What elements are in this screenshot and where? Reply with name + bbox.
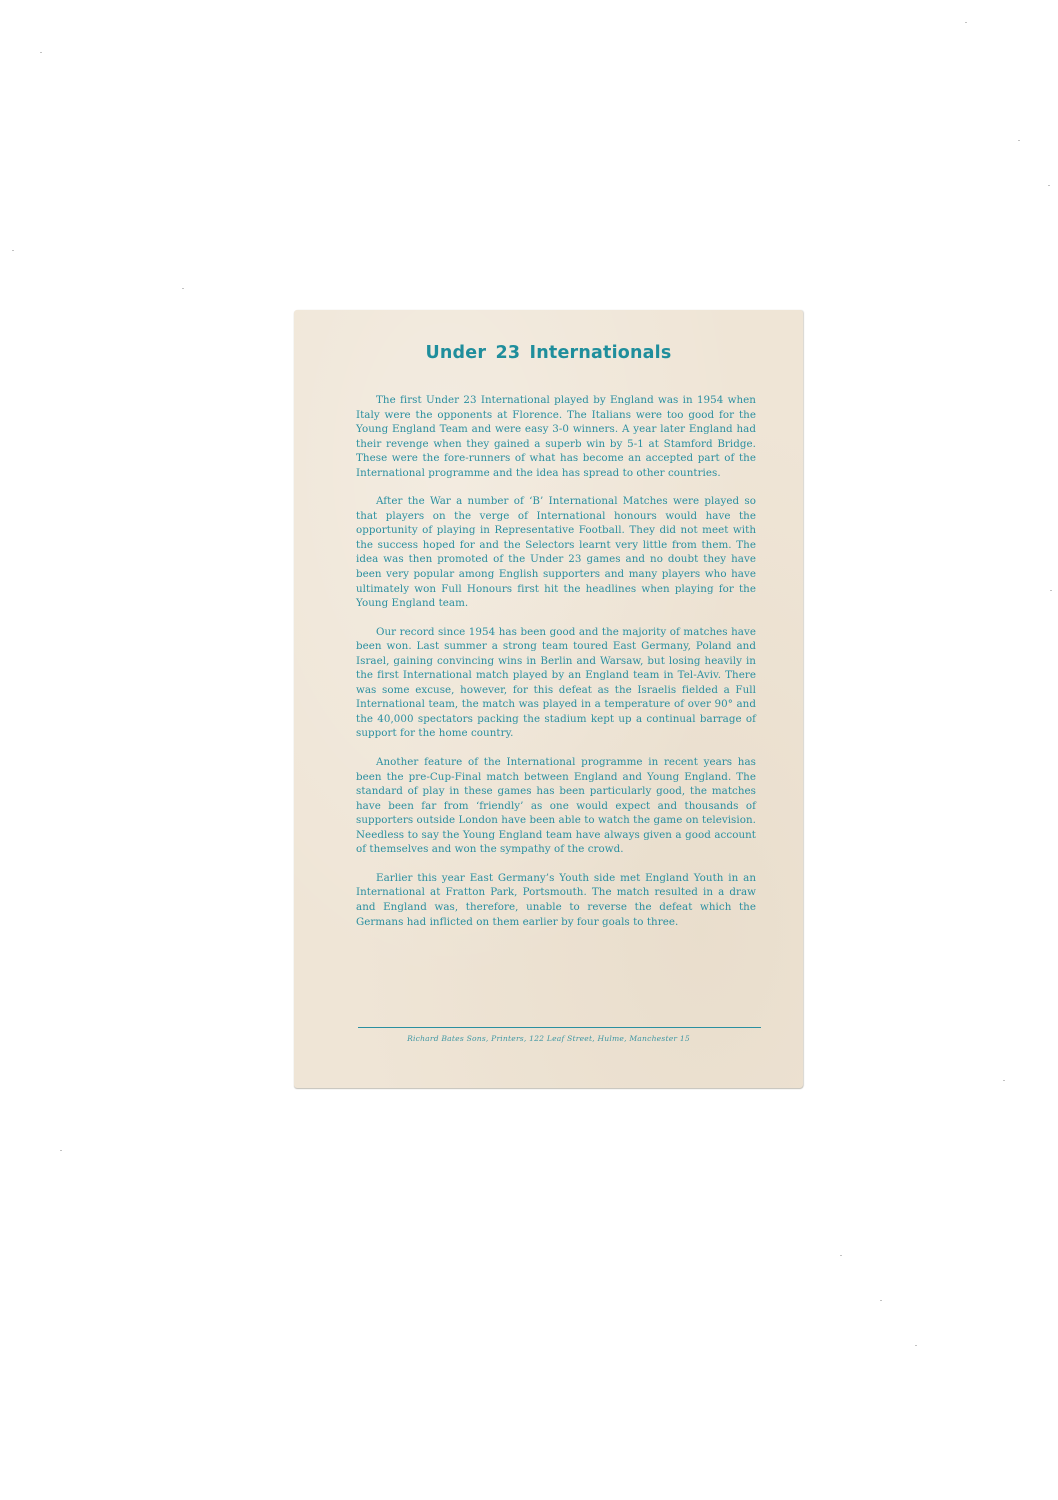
scan-speck (840, 1255, 842, 1256)
scan-speck (12, 250, 14, 251)
scan-speck (880, 1300, 882, 1301)
paragraph-pre-cup-final: Another feature of the International pro… (356, 755, 756, 857)
article-body: The first Under 23 International played … (356, 393, 756, 943)
scan-speck (915, 1345, 917, 1346)
scan-speck (60, 1150, 62, 1151)
paragraph-b-internationals: After the War a number of ‘B’ Internatio… (356, 494, 756, 610)
scan-speck (182, 288, 184, 289)
scan-speck (1018, 140, 1020, 141)
footer-divider (358, 1027, 761, 1028)
printer-imprint: Richard Bates Sons, Printers, 122 Leaf S… (294, 1034, 803, 1043)
scan-speck (965, 22, 967, 23)
paragraph-first-under-23: The first Under 23 International played … (356, 393, 756, 480)
page-title: Under 23 Internationals (294, 343, 803, 363)
scan-speck (1048, 185, 1050, 186)
programme-page: Under 23 Internationals The first Under … (294, 310, 803, 1088)
scan-speck (1003, 1080, 1005, 1081)
paragraph-east-germany-youth: Earlier this year East Germany’s Youth s… (356, 871, 756, 929)
scan-speck (40, 52, 42, 53)
scan-speck (1050, 590, 1052, 591)
paragraph-record-since-1954: Our record since 1954 has been good and … (356, 625, 756, 741)
